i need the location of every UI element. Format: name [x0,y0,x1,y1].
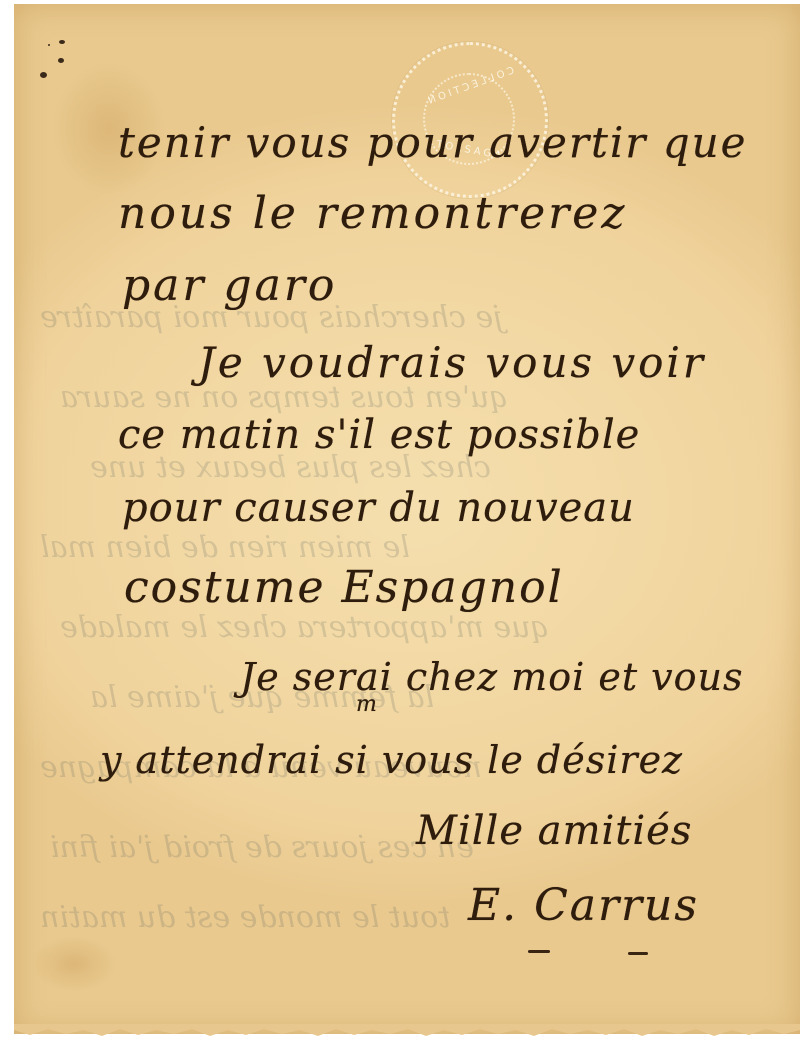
letter-line-5: ce matin s'il est possible [118,412,640,458]
torn-bottom-edge [14,1024,800,1046]
letter-line-4: Je voudrais vous voir [198,338,706,387]
letter-line-1: tenir vous pour avertir que [118,118,748,167]
bleed-through-line: que m'apportera chez le malade [60,610,550,645]
bleed-through-line: en ces jours de froid j'ai fini [50,830,474,865]
letter-line-3: par garo [122,260,337,311]
letter-line-6: pour causer du nouveau [122,485,635,531]
signature-underline-left [528,950,550,953]
letter-line-8: Je serai chez moi et vous [240,655,744,699]
letter-line-7: costume Espagnol [124,562,564,613]
letter-line-2: nous le remontrerez [118,188,627,239]
interlinear-insert: m [356,692,378,717]
signature-underline-right [628,952,648,955]
signature: E. Carrus [468,880,699,931]
letter-line-9: y attendrai si vous le désirez [100,738,683,782]
bleed-through-line: le mien rien de bien mal [40,530,410,565]
bleed-through-line: tout le monde est du matin [40,900,450,935]
closing-line: Mille amitiés [416,808,692,854]
